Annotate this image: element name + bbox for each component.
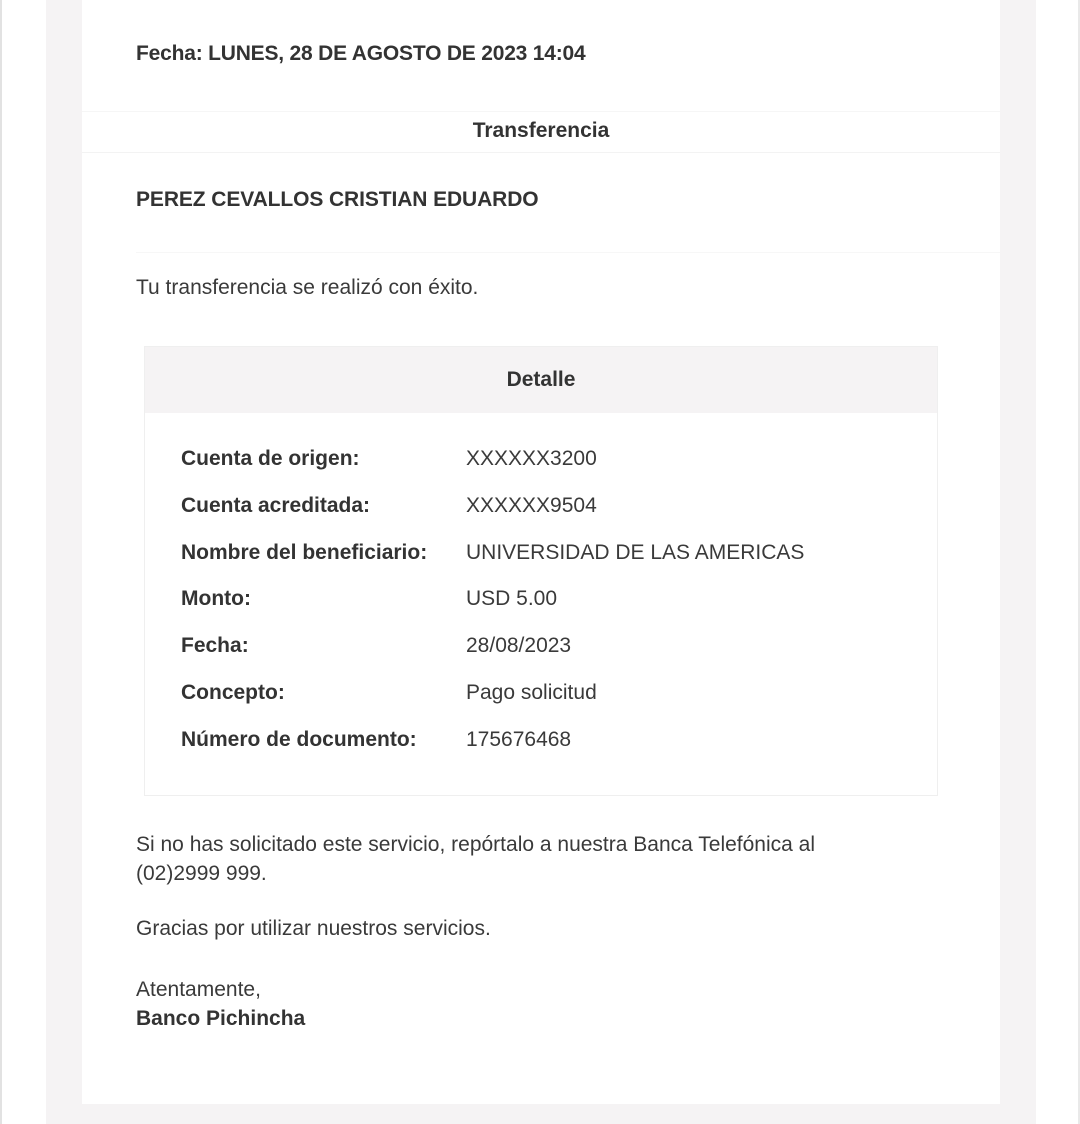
thanks-message: Gracias por utilizar nuestros servicios. [136, 917, 491, 941]
detail-label: Fecha: [181, 634, 249, 658]
fraud-notice: Si no has solicitado este servicio, repó… [136, 830, 866, 888]
detail-title: Detalle [145, 347, 937, 413]
detail-value: 28/08/2023 [466, 634, 571, 658]
detail-label: Nombre del beneficiario: [181, 541, 427, 565]
detail-value: Pago solicitud [466, 681, 597, 705]
viewport-left-edge [0, 0, 2, 1124]
detail-label: Cuenta acreditada: [181, 494, 370, 518]
detail-label: Monto: [181, 587, 251, 611]
detail-label: Concepto: [181, 681, 285, 705]
detail-value: UNIVERSIDAD DE LAS AMERICAS [466, 541, 804, 565]
closing-salutation: Atentamente, [136, 975, 305, 1004]
success-message: Tu transferencia se realizó con éxito. [136, 276, 478, 300]
section-title: Transferencia [82, 119, 1000, 143]
transaction-datetime: Fecha: LUNES, 28 DE AGOSTO DE 2023 14:04 [136, 42, 586, 66]
section-header: Transferencia [82, 111, 1000, 153]
signature: Banco Pichincha [136, 1004, 305, 1033]
closing-block: Atentamente, Banco Pichincha [136, 975, 305, 1033]
detail-label: Número de documento: [181, 728, 417, 752]
customer-name: PEREZ CEVALLOS CRISTIAN EDUARDO [136, 188, 539, 212]
detail-value: 175676468 [466, 728, 571, 752]
detail-value: USD 5.00 [466, 587, 557, 611]
detail-value: XXXXXX9504 [466, 494, 597, 518]
detail-value: XXXXXX3200 [466, 447, 597, 471]
detail-label: Cuenta de origen: [181, 447, 360, 471]
divider [136, 252, 1000, 253]
detail-table: Detalle Cuenta de origen: XXXXXX3200 Cue… [144, 346, 938, 796]
email-card: Fecha: LUNES, 28 DE AGOSTO DE 2023 14:04… [82, 0, 1000, 1104]
